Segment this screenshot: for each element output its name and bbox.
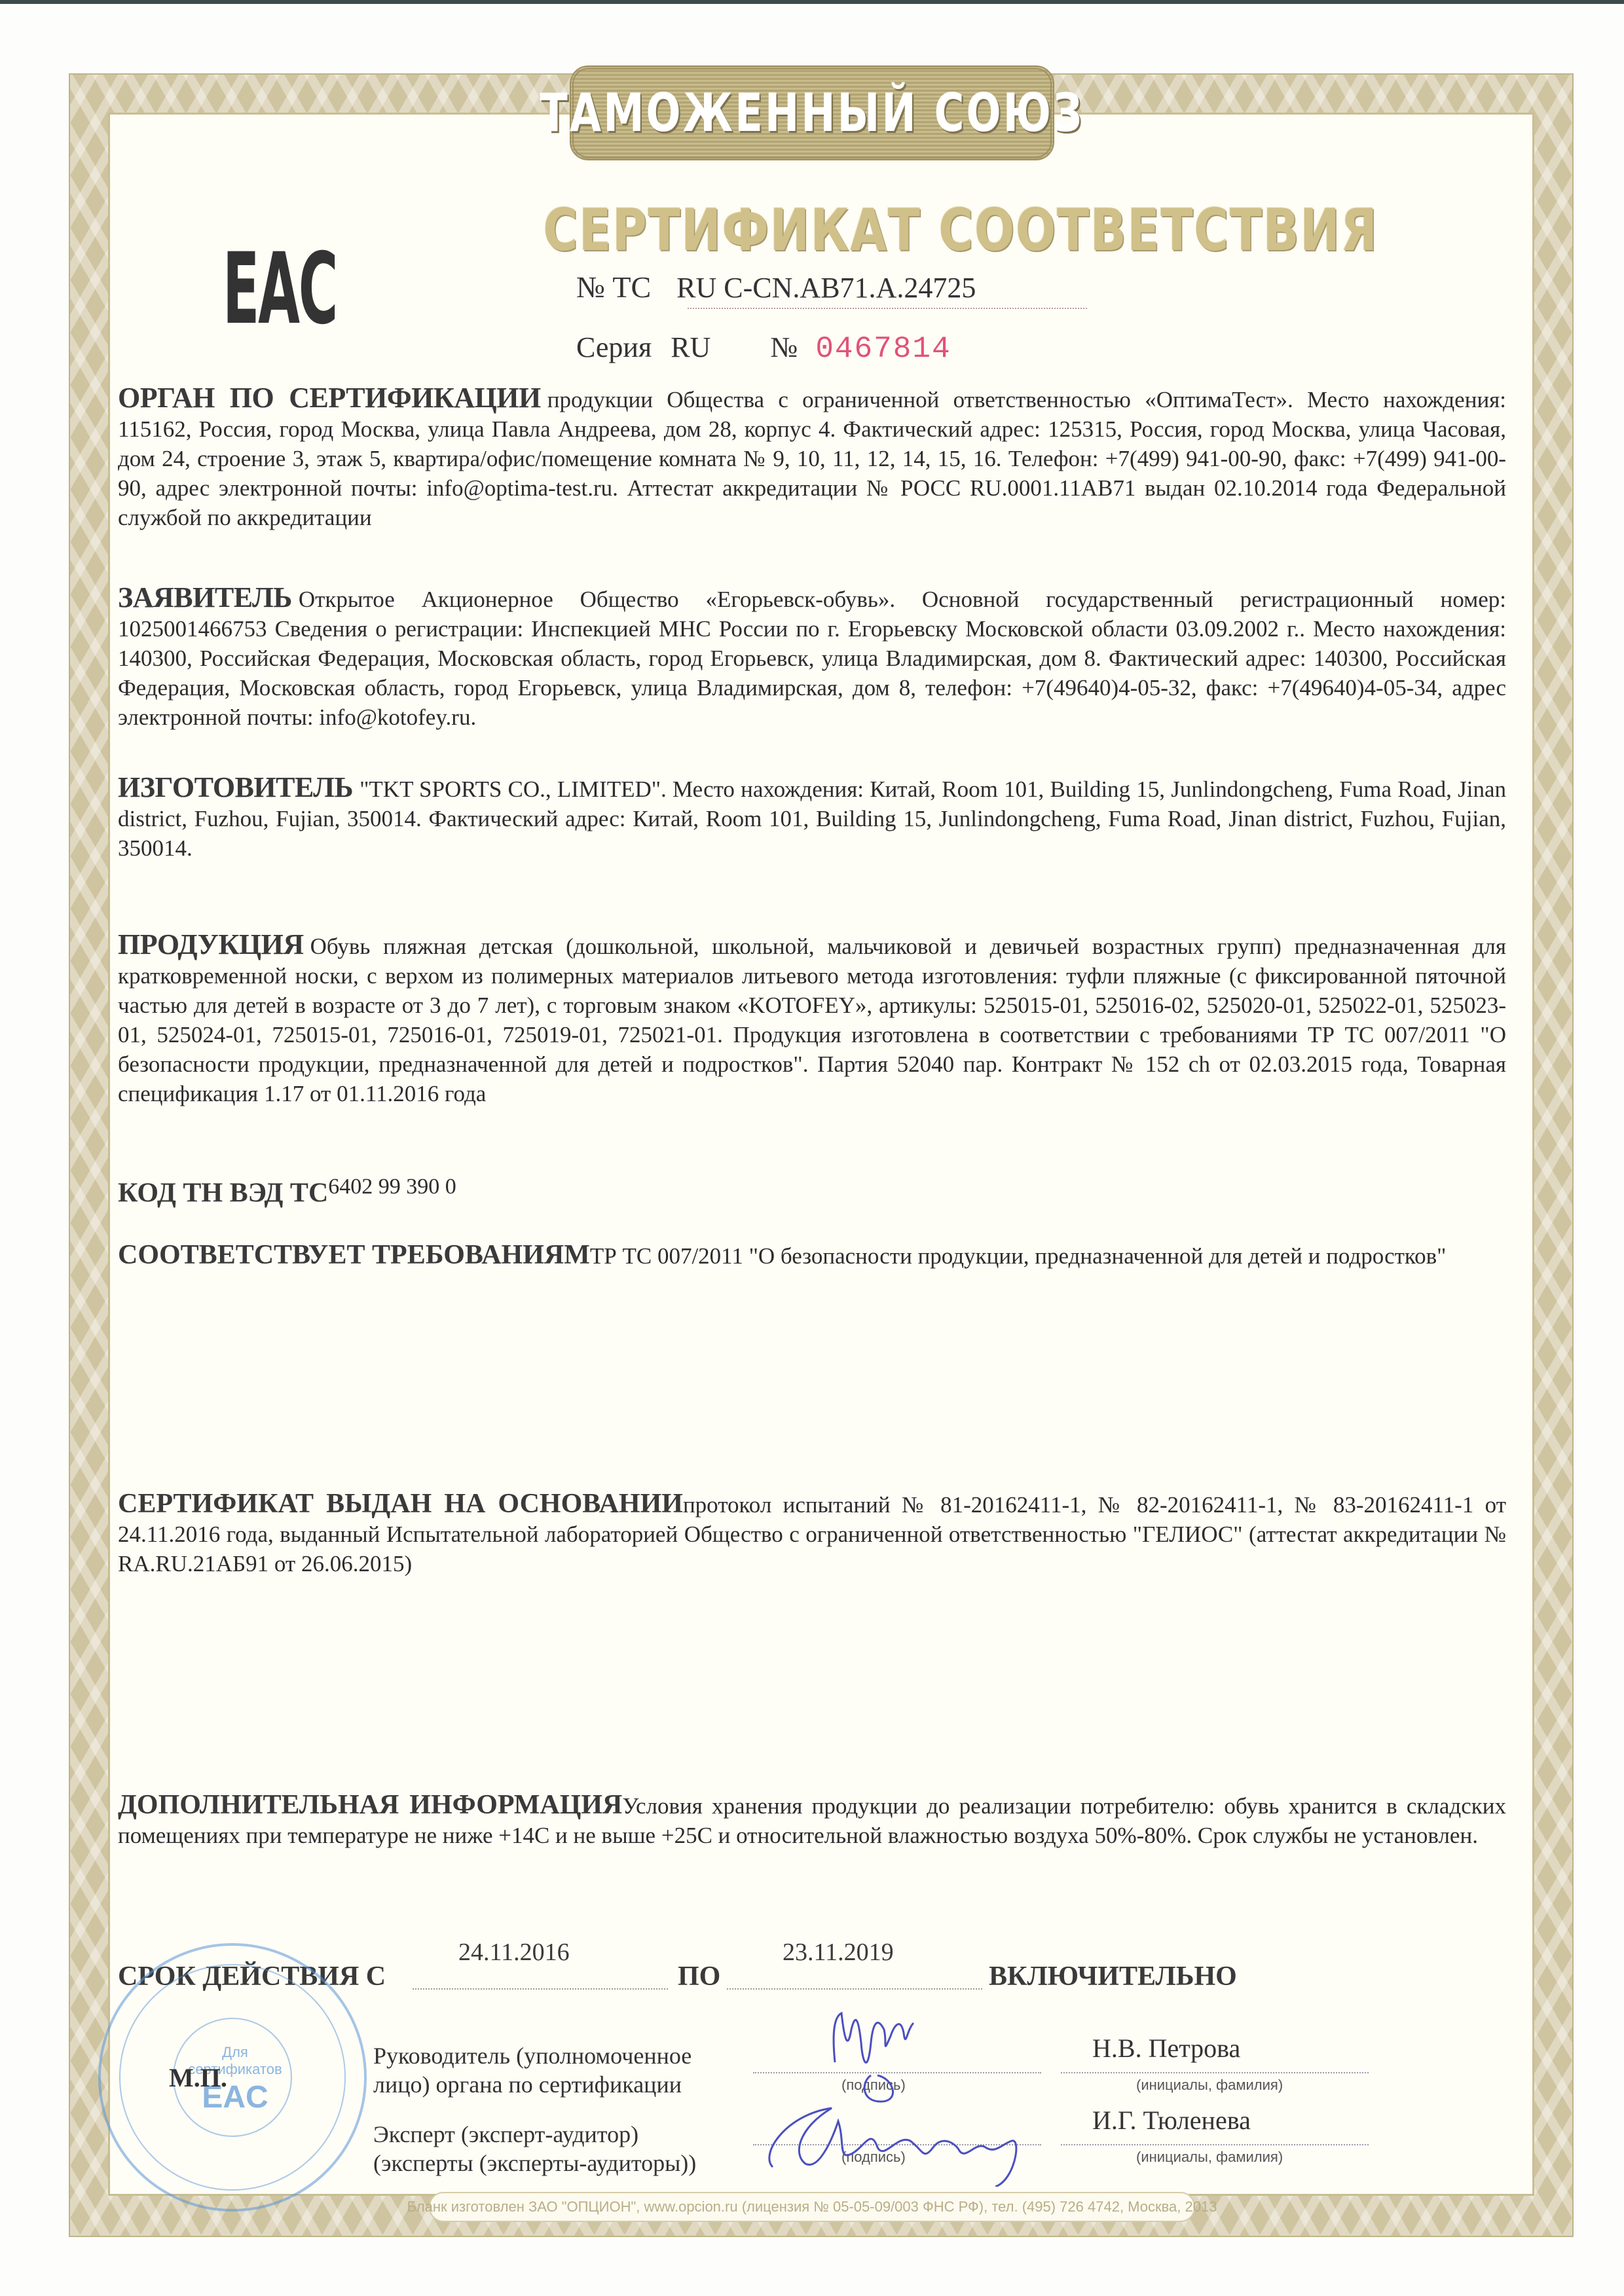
validity-to-underline — [727, 1988, 982, 1990]
section-heading: СЕРТИФИКАТ ВЫДАН НА ОСНОВАНИИ — [118, 1489, 683, 1519]
head-role: Руководитель (уполномоченное лицо) орган… — [373, 2041, 692, 2099]
section-certification-body: ОРГАН ПО СЕРТИФИКАЦИИпродукции Общества … — [118, 383, 1506, 532]
expert-signature-icon — [760, 2088, 1067, 2187]
section-text: ТР ТС 007/2011 "О безопасности продукции… — [590, 1243, 1447, 1269]
series-value: RU — [671, 331, 710, 363]
expert-name: И.Г. Тюленева — [1092, 2105, 1251, 2136]
certificate-title: СЕРТИФИКАТ СООТВЕТСТВИЯ — [544, 196, 1107, 264]
section-applicant: ЗАЯВИТЕЛЬОткрытое Акционерное Общество «… — [118, 583, 1506, 732]
validity-to-label: ПО — [678, 1961, 720, 1992]
head-name-line — [1061, 2072, 1369, 2073]
section-text: Открытое Акционерное Общество «Егорьевск… — [118, 587, 1506, 730]
section-heading: ДОПОЛНИТЕЛЬНАЯ ИНФОРМАЦИЯ — [118, 1790, 622, 1820]
validity-from-underline — [413, 1988, 668, 1990]
section-additional-info: ДОПОЛНИТЕЛЬНАЯ ИНФОРМАЦИЯУсловия хранени… — [118, 1791, 1506, 1850]
expert-name-line — [1061, 2144, 1369, 2145]
certificate-number: № ТС RU C-CN.АВ71.А.24725 — [576, 270, 976, 304]
section-heading: ПРОДУКЦИЯ — [118, 928, 304, 960]
expert-role: Эксперт (эксперт-аудитор) (эксперты (экс… — [373, 2120, 696, 2178]
hs-code-value: 6402 99 390 0 — [328, 1175, 456, 1199]
section-product: ПРОДУКЦИЯОбувь пляжная детская (дошкольн… — [118, 930, 1506, 1108]
section-hs-code: КОД ТН ВЭД ТС6402 99 390 0 — [118, 1172, 1506, 1209]
seal-placeholder-label: М.П. — [169, 2062, 227, 2093]
section-complies: СООТВЕТСТВУЕТ ТРЕБОВАНИЯМТР ТС 007/2011 … — [118, 1241, 1506, 1271]
section-basis: СЕРТИФИКАТ ВЫДАН НА ОСНОВАНИИпротокол ис… — [118, 1489, 1506, 1578]
validity-from-date: 24.11.2016 — [458, 1938, 570, 1967]
section-heading: ИЗГОТОВИТЕЛЬ — [118, 771, 353, 803]
certificate-number-underline — [688, 308, 1087, 309]
head-name: Н.В. Петрова — [1092, 2033, 1240, 2064]
section-text: Обувь пляжная детская (дошкольной, школь… — [118, 934, 1506, 1106]
section-heading: ЗАЯВИТЕЛЬ — [118, 581, 292, 613]
serial-number: Серия RU № 0467814 — [576, 331, 951, 366]
section-heading: ОРГАН ПО СЕРТИФИКАЦИИ — [118, 382, 541, 414]
eac-mark-icon: EAC — [223, 232, 337, 346]
customs-union-text: ТАМОЖЕННЫЙ СОЮЗ — [540, 82, 1084, 143]
serial-number-value: 0467814 — [815, 332, 951, 366]
certificate-number-value: RU C-CN.АВ71.А.24725 — [676, 272, 976, 304]
section-heading: СООТВЕТСТВУЕТ ТРЕБОВАНИЯМ — [118, 1240, 590, 1270]
serial-number-label: № — [770, 331, 798, 363]
expert-name-caption: (инициалы, фамилия) — [1136, 2149, 1283, 2166]
validity-inclusive-label: ВКЛЮЧИТЕЛЬНО — [989, 1961, 1237, 1992]
series-label: Серия — [576, 331, 652, 363]
section-manufacturer: ИЗГОТОВИТЕЛЬ"TKT SPORTS CO., LIMITED". М… — [118, 773, 1506, 863]
scan-edge — [0, 0, 1624, 4]
head-name-caption: (инициалы, фамилия) — [1136, 2077, 1283, 2094]
customs-union-banner: ТАМОЖЕННЫЙ СОЮЗ — [570, 65, 1054, 160]
certification-seal-stamp-icon: Для сертификатов EAC — [98, 1943, 367, 2212]
printer-note: Бланк изготовлен ЗАО "ОПЦИОН", www.opcio… — [429, 2192, 1195, 2222]
section-heading: КОД ТН ВЭД ТС — [118, 1178, 328, 1209]
validity-to-date: 23.11.2019 — [783, 1938, 894, 1967]
certificate-number-label: № ТС — [576, 270, 651, 304]
